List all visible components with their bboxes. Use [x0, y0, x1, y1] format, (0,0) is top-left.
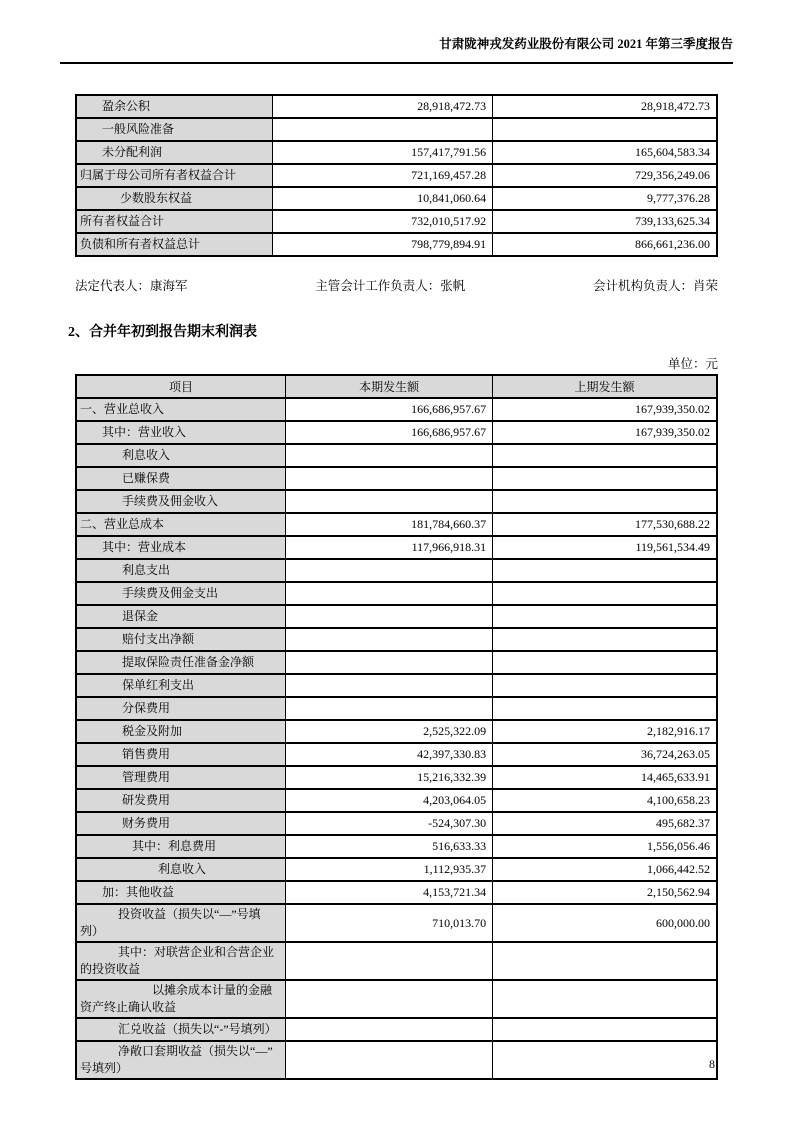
table-row: 提取保险责任准备金净额 — [76, 651, 717, 674]
current-period-value-cell: 710,013.70 — [286, 904, 493, 942]
prior-period-value-cell: 729,356,249.06 — [493, 164, 717, 187]
current-period-value-cell — [273, 118, 493, 141]
row-label-cell: 分保费用 — [76, 697, 286, 720]
current-period-value-cell: 117,966,918.31 — [286, 536, 493, 559]
current-period-value-cell: 15,216,332.39 — [286, 766, 493, 789]
current-period-value-cell — [286, 697, 493, 720]
current-period-value-cell — [286, 490, 493, 513]
table-row: 盈余公积 28,918,472.73 28,918,472.73 — [76, 95, 717, 118]
table-row: 保单红利支出 — [76, 674, 717, 697]
row-label-cell: 管理费用 — [76, 766, 286, 789]
row-label-cell: 财务费用 — [76, 812, 286, 835]
current-period-value-cell: 166,686,957.67 — [286, 398, 493, 421]
prior-period-value-cell — [493, 651, 717, 674]
accounting-department-head: 会计机构负责人：肖荣 — [593, 276, 718, 294]
report-page: 甘肃陇神戎发药业股份有限公司 2021 年第三季度报告 盈余公积 28,918,… — [0, 0, 793, 1122]
prior-period-value-cell — [493, 980, 717, 1018]
table-row: 手续费及佣金支出 — [76, 582, 717, 605]
current-period-value-cell — [286, 674, 493, 697]
current-period-value-cell — [286, 582, 493, 605]
row-label-cell: 手续费及佣金收入 — [76, 490, 286, 513]
table-row: 二、营业总成本 181,784,660.37 177,530,688.22 — [76, 513, 717, 536]
row-label-cell: 一般风险准备 — [76, 118, 273, 141]
current-period-value-cell: 721,169,457.28 — [273, 164, 493, 187]
row-label-cell: 退保金 — [76, 605, 286, 628]
table-row: 利息收入 — [76, 444, 717, 467]
table-header-row: 项目 本期发生额 上期发生额 — [76, 375, 717, 398]
table-row: 其中：对联营企业和合营企业 的投资收益 — [76, 942, 717, 980]
prior-period-value-cell — [493, 444, 717, 467]
current-period-value-cell: 1,112,935.37 — [286, 858, 493, 881]
table-row: 其中：利息费用 516,633.33 1,556,056.46 — [76, 835, 717, 858]
report-title: 甘肃陇神戎发药业股份有限公司 2021 年第三季度报告 — [439, 37, 733, 51]
row-label-cell: 以摊余成本计量的金融 资产终止确认收益 — [76, 980, 286, 1018]
row-label-cell: 负债和所有者权益总计 — [76, 233, 273, 256]
table-row: 税金及附加 2,525,322.09 2,182,916.17 — [76, 720, 717, 743]
row-label-cell: 净敞口套期收益（损失以“—” 号填列） — [76, 1041, 286, 1079]
row-label-cell: 盈余公积 — [76, 95, 273, 118]
table-row: 加：其他收益 4,153,721.34 2,150,562.94 — [76, 881, 717, 904]
current-period-value-cell: 166,686,957.67 — [286, 421, 493, 444]
table-row: 销售费用 42,397,330.83 36,724,263.05 — [76, 743, 717, 766]
prior-period-value-cell: 28,918,472.73 — [493, 95, 717, 118]
current-period-value-cell: -524,307.30 — [286, 812, 493, 835]
table-row: 管理费用 15,216,332.39 14,465,633.91 — [76, 766, 717, 789]
table-row: 赔付支出净额 — [76, 628, 717, 651]
row-label-cell: 利息支出 — [76, 559, 286, 582]
current-period-value-cell — [286, 1018, 493, 1041]
column-header-current-period: 本期发生额 — [286, 375, 493, 398]
table-row: 未分配利润 157,417,791.56 165,604,583.34 — [76, 141, 717, 164]
row-label-cell: 其中：营业成本 — [76, 536, 286, 559]
column-header-prior-period: 上期发生额 — [493, 375, 717, 398]
current-period-value-cell: 732,010,517.92 — [273, 210, 493, 233]
current-period-value-cell: 28,918,472.73 — [273, 95, 493, 118]
table-row: 归属于母公司所有者权益合计 721,169,457.28 729,356,249… — [76, 164, 717, 187]
current-period-value-cell: 181,784,660.37 — [286, 513, 493, 536]
prior-period-value-cell: 739,133,625.34 — [493, 210, 717, 233]
current-period-value-cell: 4,203,064.05 — [286, 789, 493, 812]
prior-period-value-cell — [493, 559, 717, 582]
current-period-value-cell — [286, 651, 493, 674]
row-label-cell: 所有者权益合计 — [76, 210, 273, 233]
table-row: 手续费及佣金收入 — [76, 490, 717, 513]
current-period-value-cell — [286, 444, 493, 467]
current-period-value-cell: 4,153,721.34 — [286, 881, 493, 904]
prior-period-value-cell — [493, 628, 717, 651]
row-label-cell: 二、营业总成本 — [76, 513, 286, 536]
row-label-cell: 销售费用 — [76, 743, 286, 766]
prior-period-value-cell: 167,939,350.02 — [493, 398, 717, 421]
prior-period-value-cell — [493, 605, 717, 628]
current-period-value-cell: 10,841,060.64 — [273, 187, 493, 210]
current-period-value-cell — [286, 467, 493, 490]
table-row: 净敞口套期收益（损失以“—” 号填列） — [76, 1041, 717, 1079]
legal-representative: 法定代表人：康海军 — [75, 276, 188, 294]
row-label-cell: 其中：对联营企业和合营企业 的投资收益 — [76, 942, 286, 980]
table-row: 负债和所有者权益总计 798,779,894.91 866,661,236.00 — [76, 233, 717, 256]
prior-period-value-cell: 9,777,376.28 — [493, 187, 717, 210]
chief-accountant: 主管会计工作负责人：张帆 — [315, 276, 465, 294]
prior-period-value-cell: 14,465,633.91 — [493, 766, 717, 789]
prior-period-value-cell: 36,724,263.05 — [493, 743, 717, 766]
column-header-item: 项目 — [76, 375, 286, 398]
current-period-value-cell: 798,779,894.91 — [273, 233, 493, 256]
equity-table: 盈余公积 28,918,472.73 28,918,472.73 一般风险准备 … — [75, 94, 718, 257]
prior-period-value-cell: 4,100,658.23 — [493, 789, 717, 812]
current-period-value-cell: 157,417,791.56 — [273, 141, 493, 164]
prior-period-value-cell: 866,661,236.00 — [493, 233, 717, 256]
row-label-cell: 税金及附加 — [76, 720, 286, 743]
row-label-cell: 其中：营业收入 — [76, 421, 286, 444]
row-label-cell: 赔付支出净额 — [76, 628, 286, 651]
prior-period-value-cell — [493, 1018, 717, 1041]
row-label-cell: 加：其他收益 — [76, 881, 286, 904]
row-label-cell: 研发费用 — [76, 789, 286, 812]
table-row: 所有者权益合计 732,010,517.92 739,133,625.34 — [76, 210, 717, 233]
current-period-value-cell — [286, 605, 493, 628]
row-label-cell: 保单红利支出 — [76, 674, 286, 697]
table-row: 汇兑收益（损失以“-”号填列） — [76, 1018, 717, 1041]
table-row: 研发费用 4,203,064.05 4,100,658.23 — [76, 789, 717, 812]
prior-period-value-cell: 167,939,350.02 — [493, 421, 717, 444]
table-row: 其中：营业成本 117,966,918.31 119,561,534.49 — [76, 536, 717, 559]
current-period-value-cell — [286, 942, 493, 980]
page-header: 甘肃陇神戎发药业股份有限公司 2021 年第三季度报告 — [60, 36, 733, 64]
prior-period-value-cell: 177,530,688.22 — [493, 513, 717, 536]
current-period-value-cell: 42,397,330.83 — [286, 743, 493, 766]
table-row: 分保费用 — [76, 697, 717, 720]
table-row: 利息支出 — [76, 559, 717, 582]
prior-period-value-cell: 495,682.37 — [493, 812, 717, 835]
unit-note: 单位：元 — [75, 354, 718, 372]
row-label-cell: 一、营业总收入 — [76, 398, 286, 421]
prior-period-value-cell: 165,604,583.34 — [493, 141, 717, 164]
prior-period-value-cell: 2,182,916.17 — [493, 720, 717, 743]
current-period-value-cell — [286, 559, 493, 582]
table-row: 退保金 — [76, 605, 717, 628]
current-period-value-cell — [286, 980, 493, 1018]
row-label-cell: 未分配利润 — [76, 141, 273, 164]
table-row: 财务费用 -524,307.30 495,682.37 — [76, 812, 717, 835]
prior-period-value-cell: 1,066,442.52 — [493, 858, 717, 881]
prior-period-value-cell: 1,556,056.46 — [493, 835, 717, 858]
current-period-value-cell — [286, 1041, 493, 1079]
prior-period-value-cell: 600,000.00 — [493, 904, 717, 942]
row-label-cell: 投资收益（损失以“—”号填 列） — [76, 904, 286, 942]
table-row: 以摊余成本计量的金融 资产终止确认收益 — [76, 980, 717, 1018]
row-label-cell: 少数股东权益 — [76, 187, 273, 210]
row-label-cell: 已赚保费 — [76, 467, 286, 490]
current-period-value-cell: 516,633.33 — [286, 835, 493, 858]
section-title: 2、合并年初到报告期末利润表 — [68, 321, 733, 341]
prior-period-value-cell — [493, 697, 717, 720]
prior-period-value-cell — [493, 582, 717, 605]
row-label-cell: 利息收入 — [76, 858, 286, 881]
row-label-cell: 其中：利息费用 — [76, 835, 286, 858]
table-row: 利息收入 1,112,935.37 1,066,442.52 — [76, 858, 717, 881]
row-label-cell: 汇兑收益（损失以“-”号填列） — [76, 1018, 286, 1041]
row-label-cell: 利息收入 — [76, 444, 286, 467]
income-statement-table: 项目 本期发生额 上期发生额 一、营业总收入 166,686,957.67 16… — [75, 374, 718, 1080]
prior-period-value-cell — [493, 490, 717, 513]
table-row: 已赚保费 — [76, 467, 717, 490]
table-row: 投资收益（损失以“—”号填 列） 710,013.70 600,000.00 — [76, 904, 717, 942]
prior-period-value-cell — [493, 1041, 717, 1079]
table-row: 一、营业总收入 166,686,957.67 167,939,350.02 — [76, 398, 717, 421]
prior-period-value-cell — [493, 118, 717, 141]
prior-period-value-cell: 119,561,534.49 — [493, 536, 717, 559]
table-row: 一般风险准备 — [76, 118, 717, 141]
prior-period-value-cell — [493, 674, 717, 697]
signature-line: 法定代表人：康海军 主管会计工作负责人：张帆 会计机构负责人：肖荣 — [75, 276, 718, 294]
row-label-cell: 手续费及佣金支出 — [76, 582, 286, 605]
page-number: 8 — [709, 1057, 715, 1072]
row-label-cell: 提取保险责任准备金净额 — [76, 651, 286, 674]
table-row: 其中：营业收入 166,686,957.67 167,939,350.02 — [76, 421, 717, 444]
row-label-cell: 归属于母公司所有者权益合计 — [76, 164, 273, 187]
table-row: 少数股东权益 10,841,060.64 9,777,376.28 — [76, 187, 717, 210]
prior-period-value-cell — [493, 942, 717, 980]
prior-period-value-cell: 2,150,562.94 — [493, 881, 717, 904]
prior-period-value-cell — [493, 467, 717, 490]
current-period-value-cell — [286, 628, 493, 651]
current-period-value-cell: 2,525,322.09 — [286, 720, 493, 743]
